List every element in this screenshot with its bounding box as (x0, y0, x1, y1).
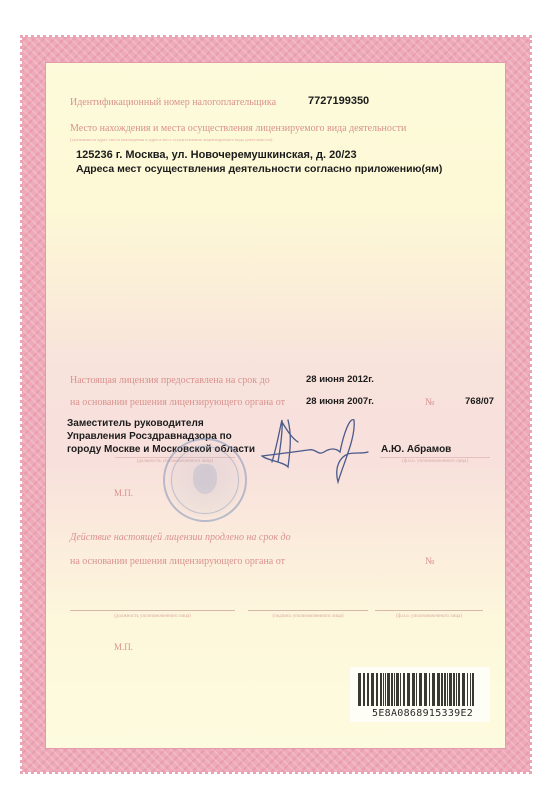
validity-label: Настоящая лицензия предоставлена на срок… (70, 375, 270, 386)
extension-number-sign: № (425, 556, 435, 567)
decision-date: 28 июня 2007г. (306, 396, 374, 407)
location-label: Место нахождения и места осуществления л… (70, 123, 406, 134)
number-sign: № (425, 397, 435, 408)
official-seal-stamp (163, 438, 247, 522)
address-line-1: 125236 г. Москва, ул. Новочеремушкинская… (76, 149, 357, 161)
barcode-number: 5E8A0868915339E2 (372, 708, 473, 719)
barcode-icon (358, 673, 476, 706)
decision-number: 768/07 (465, 396, 494, 407)
extension-position-caption: (должность уполномоченного лица) (70, 614, 235, 619)
stamp-label: М.П. (114, 488, 133, 498)
decision-label: на основании решения лицензирующего орга… (70, 397, 285, 408)
extension-decision-label: на основании решения лицензирующего орга… (70, 556, 285, 567)
inn-label: Идентификационный номер налогоплательщик… (70, 97, 276, 108)
stamp-label-2: М.П. (114, 642, 133, 652)
name-caption: (ф.и.о. уполномоченного лица) (380, 459, 490, 464)
address-line-2: Адреса мест осуществления деятельности с… (76, 163, 442, 175)
signatory-title-line-1: Заместитель руководителя (67, 418, 204, 429)
signature-icon (258, 412, 373, 487)
extension-name-caption: (ф.и.о. уполномоченного лица) (375, 614, 483, 619)
extension-position-line (70, 610, 235, 611)
signatory-name: А.Ю. Абрамов (381, 444, 451, 455)
inn-value: 7727199350 (308, 95, 369, 107)
validity-date: 28 июня 2012г. (306, 374, 374, 385)
location-label-note: (указываются адрес места нахождения и ад… (70, 137, 500, 142)
extension-signature-caption: (подпись уполномоченного лица) (248, 614, 368, 619)
extension-label: Действие настоящей лицензии продлено на … (70, 532, 291, 543)
name-line (380, 457, 490, 458)
extension-signature-line (248, 610, 368, 611)
extension-name-line (375, 610, 483, 611)
